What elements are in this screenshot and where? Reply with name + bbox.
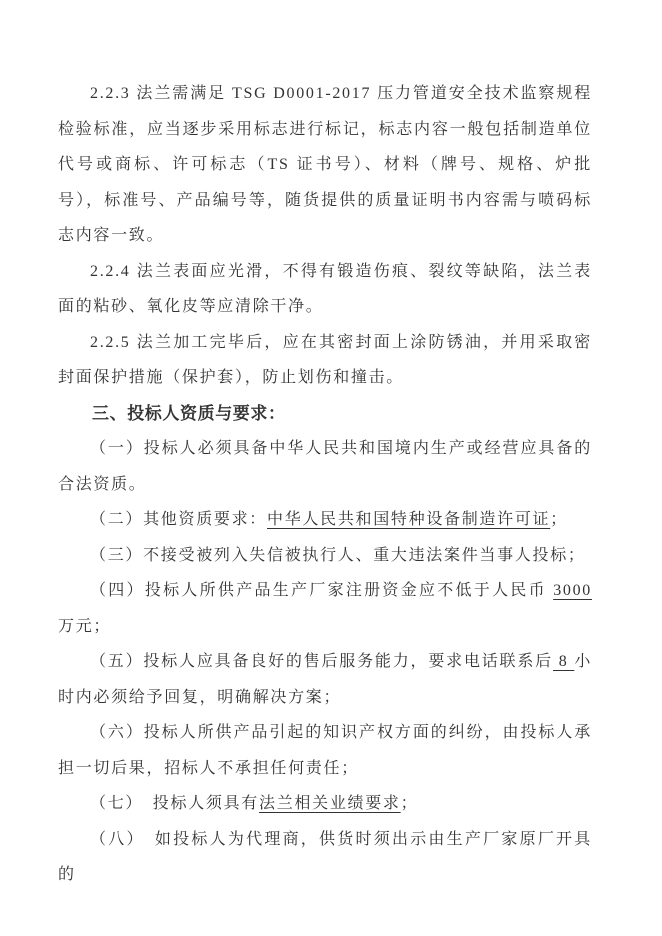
item-7: （七） 投标人须具有法兰相关业绩要求； [58,786,592,822]
text-run: 三、投标人资质与要求： [92,404,286,423]
underlined-text: 中华人民共和国特种设备制造许可证 [267,511,550,528]
text-run: （三）不接受被列入失信被执行人、重大违法案件当事人投标； [90,547,586,564]
item-2: （二）其他资质要求：中华人民共和国特种设备制造许可证； [58,502,592,538]
text-run: ； [550,511,568,528]
text-run: （二）其他资质要求： [90,511,267,528]
underlined-text: 3000 [553,582,592,599]
text-run: ； [401,795,419,812]
text-run: 2.2.3 法兰需满足 TSG D0001-2017 压力管道安全技术监察规程检… [58,85,592,244]
text-run: 2.2.4 法兰表面应光滑，不得有锻造伤痕、裂纹等缺陷，法兰表面的粘砂、氧化皮等… [58,263,592,316]
underlined-text: 法兰相关业绩要求 [259,795,401,812]
text-run: （五）投标人应具备良好的售后服务能力，要求电话联系后 [90,653,553,670]
clause-2-2-4: 2.2.4 法兰表面应光滑，不得有锻造伤痕、裂纹等缺陷，法兰表面的粘砂、氧化皮等… [58,254,592,325]
item-4: （四）投标人所供产品生产厂家注册资金应不低于人民币 3000 万元； [58,573,592,644]
item-6: （六）投标人所供产品引起的知识产权方面的纠纷，由投标人承担一切后果，招标人不承担… [58,715,592,786]
item-1: （一）投标人必须具备中华人民共和国境内生产或经营应具备的合法资质。 [58,431,592,502]
text-run: （七） 投标人须具有 [90,795,259,812]
text-run: （四）投标人所供产品生产厂家注册资金应不低于人民币 [90,582,553,599]
item-5: （五）投标人应具备良好的售后服务能力，要求电话联系后 8 小时内必须给予回复，明… [58,644,592,715]
text-run: （八） 如投标人为代理商，供货时须出示由生产厂家原厂开具的 [58,831,592,884]
document-body: 2.2.3 法兰需满足 TSG D0001-2017 压力管道安全技术监察规程检… [58,76,592,893]
clause-2-2-5: 2.2.5 法兰加工完毕后，应在其密封面上涂防锈油，并用采取密封面保护措施（保护… [58,325,592,396]
clause-2-2-3: 2.2.3 法兰需满足 TSG D0001-2017 压力管道安全技术监察规程检… [58,76,592,254]
text-run: （一）投标人必须具备中华人民共和国境内生产或经营应具备的合法资质。 [58,440,592,493]
text-run: （六）投标人所供产品引起的知识产权方面的纠纷，由投标人承担一切后果，招标人不承担… [58,724,592,777]
item-3: （三）不接受被列入失信被执行人、重大违法案件当事人投标； [58,538,592,574]
item-8: （八） 如投标人为代理商，供货时须出示由生产厂家原厂开具的 [58,822,592,893]
underlined-text: 8 [553,653,574,670]
document-page: 2.2.3 法兰需满足 TSG D0001-2017 压力管道安全技术监察规程检… [0,0,662,936]
text-run: 万元； [58,618,111,635]
text-run: 2.2.5 法兰加工完毕后，应在其密封面上涂防锈油，并用采取密封面保护措施（保护… [58,334,592,387]
section-heading-3: 三、投标人资质与要求： [58,396,592,432]
